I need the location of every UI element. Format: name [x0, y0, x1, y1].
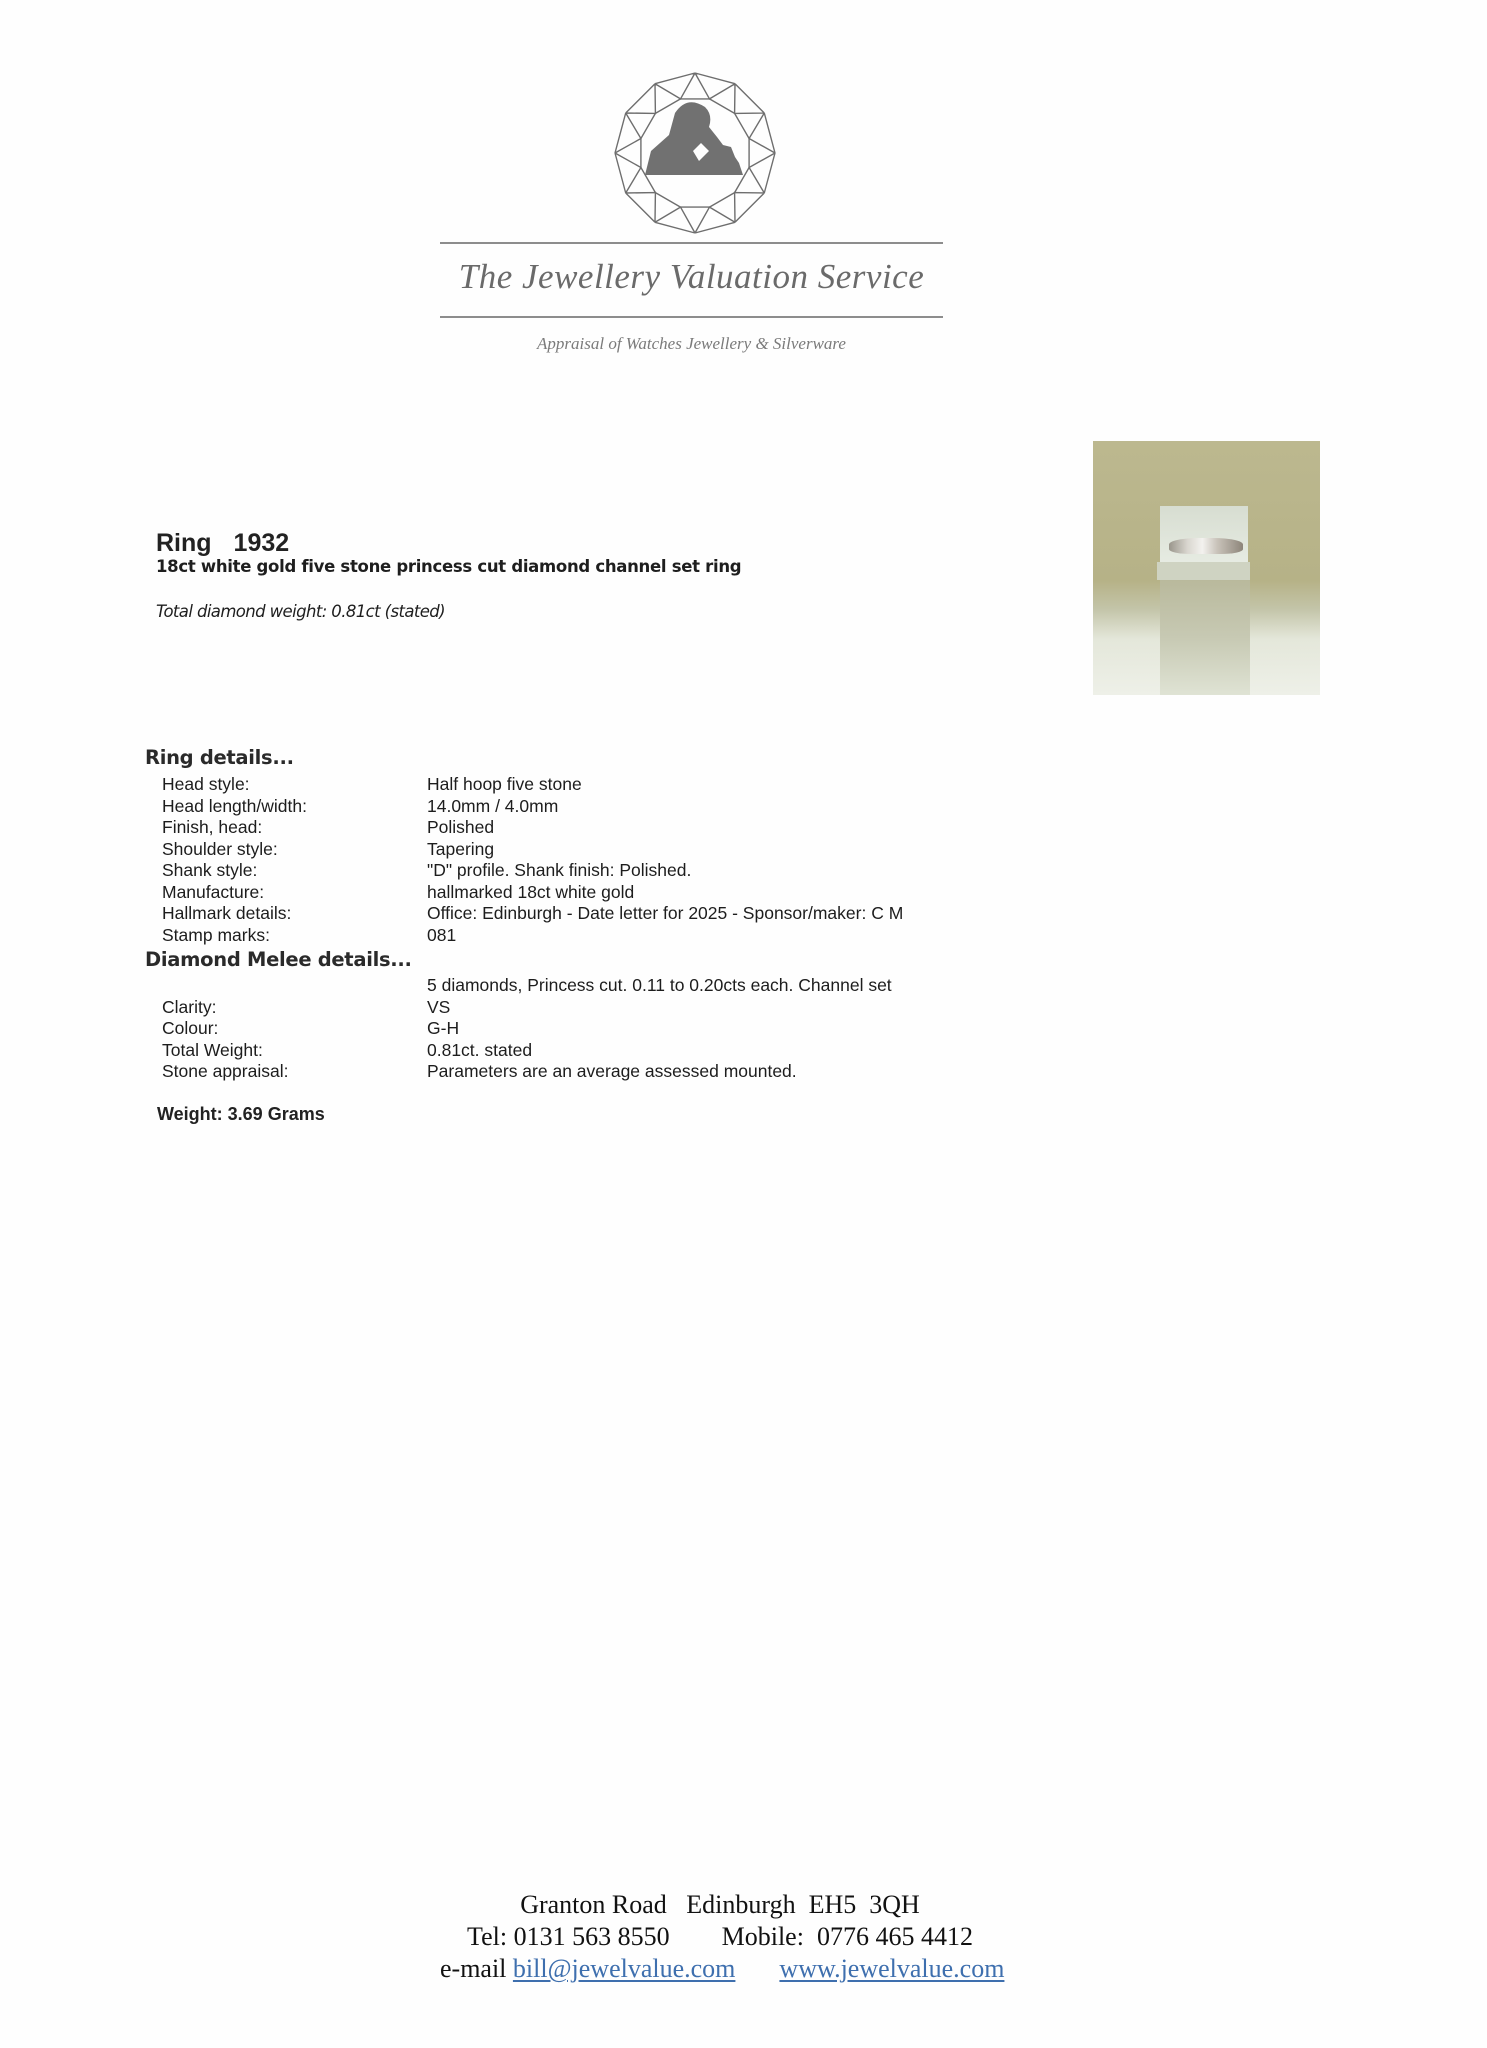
diamond-jeweller-logo-icon	[613, 71, 777, 235]
letterhead-top-rule	[440, 242, 943, 244]
detail-row: Head style:Half hoop five stone	[162, 774, 982, 796]
detail-label: Manufacture:	[162, 882, 427, 904]
detail-value: 0.81ct. stated	[427, 1040, 532, 1062]
detail-label: Head length/width:	[162, 796, 427, 818]
detail-value: "D" profile. Shank finish: Polished.	[427, 860, 691, 882]
pedestal-lip	[1157, 562, 1250, 580]
detail-value: Parameters are an average assessed mount…	[427, 1061, 797, 1083]
detail-label: Head style:	[162, 774, 427, 796]
detail-row: Finish, head:Polished	[162, 817, 982, 839]
melee-details-table: 5 diamonds, Princess cut. 0.11 to 0.20ct…	[162, 975, 982, 1083]
detail-row: 5 diamonds, Princess cut. 0.11 to 0.20ct…	[162, 975, 982, 997]
company-name: The Jewellery Valuation Service	[440, 255, 943, 299]
footer-contact: Granton Road Edinburgh EH5 3QH Tel: 0131…	[440, 1889, 1000, 1985]
footer-address: Granton Road Edinburgh EH5 3QH	[440, 1889, 1000, 1921]
mobile-label: Mobile:	[722, 1922, 804, 1951]
email-link[interactable]: bill@jewelvalue.com	[513, 1954, 736, 1983]
detail-value: 081	[427, 925, 456, 947]
detail-row: Manufacture:hallmarked 18ct white gold	[162, 882, 982, 904]
detail-value: Half hoop five stone	[427, 774, 582, 796]
detail-label: Total Weight:	[162, 1040, 427, 1062]
letterhead-bottom-rule	[440, 316, 943, 318]
detail-row: Shoulder style:Tapering	[162, 839, 982, 861]
ring-photo	[1093, 441, 1320, 695]
pedestal-body	[1160, 580, 1250, 695]
detail-row: Hallmark details:Office: Edinburgh - Dat…	[162, 903, 982, 925]
detail-row: Shank style:"D" profile. Shank finish: P…	[162, 860, 982, 882]
detail-value: Office: Edinburgh - Date letter for 2025…	[427, 903, 903, 925]
detail-label: Shank style:	[162, 860, 427, 882]
melee-details-heading: Diamond Melee details...	[145, 948, 412, 972]
detail-row: Total Weight:0.81ct. stated	[162, 1040, 982, 1062]
detail-value: Tapering	[427, 839, 494, 861]
email-label: e-mail	[440, 1954, 506, 1983]
detail-value: VS	[427, 997, 450, 1019]
item-description: 18ct white gold five stone princess cut …	[156, 556, 741, 578]
item-type: Ring	[156, 529, 212, 557]
detail-label: Hallmark details:	[162, 903, 427, 925]
detail-label: Shoulder style:	[162, 839, 427, 861]
detail-value: G-H	[427, 1018, 459, 1040]
item-number: 1932	[234, 529, 290, 557]
website-link[interactable]: www.jewelvalue.com	[779, 1954, 1004, 1983]
gross-weight: Weight: 3.69 Grams	[157, 1103, 325, 1125]
detail-row: Clarity:VS	[162, 997, 982, 1019]
tel-label: Tel:	[467, 1922, 507, 1951]
tel-number: 0131 563 8550	[514, 1922, 670, 1951]
detail-value: 14.0mm / 4.0mm	[427, 796, 558, 818]
detail-label: Finish, head:	[162, 817, 427, 839]
detail-row: Stone appraisal:Parameters are an averag…	[162, 1061, 982, 1083]
detail-row: Stamp marks:081	[162, 925, 982, 947]
footer-phones: Tel: 0131 563 8550Mobile: 0776 465 4412	[440, 1921, 1000, 1953]
total-diamond-weight-note: Total diamond weight: 0.81ct (stated)	[156, 601, 445, 623]
ring-image	[1169, 538, 1243, 554]
detail-value: Polished	[427, 817, 494, 839]
detail-row: Head length/width:14.0mm / 4.0mm	[162, 796, 982, 818]
detail-label: Clarity:	[162, 997, 427, 1019]
company-tagline: Appraisal of Watches Jewellery & Silverw…	[440, 333, 943, 355]
item-title: Ring1932	[156, 528, 289, 558]
detail-label: Stamp marks:	[162, 925, 427, 947]
footer-online: e-mail bill@jewelvalue.comwww.jewelvalue…	[440, 1953, 1000, 1985]
detail-value: 5 diamonds, Princess cut. 0.11 to 0.20ct…	[427, 975, 892, 997]
mobile-number: 0776 465 4412	[817, 1922, 973, 1951]
detail-value: hallmarked 18ct white gold	[427, 882, 634, 904]
ring-details-heading: Ring details...	[145, 746, 294, 770]
detail-label: Stone appraisal:	[162, 1061, 427, 1083]
ring-details-table: Head style:Half hoop five stoneHead leng…	[162, 774, 982, 946]
detail-row: Colour:G-H	[162, 1018, 982, 1040]
detail-label: Colour:	[162, 1018, 427, 1040]
